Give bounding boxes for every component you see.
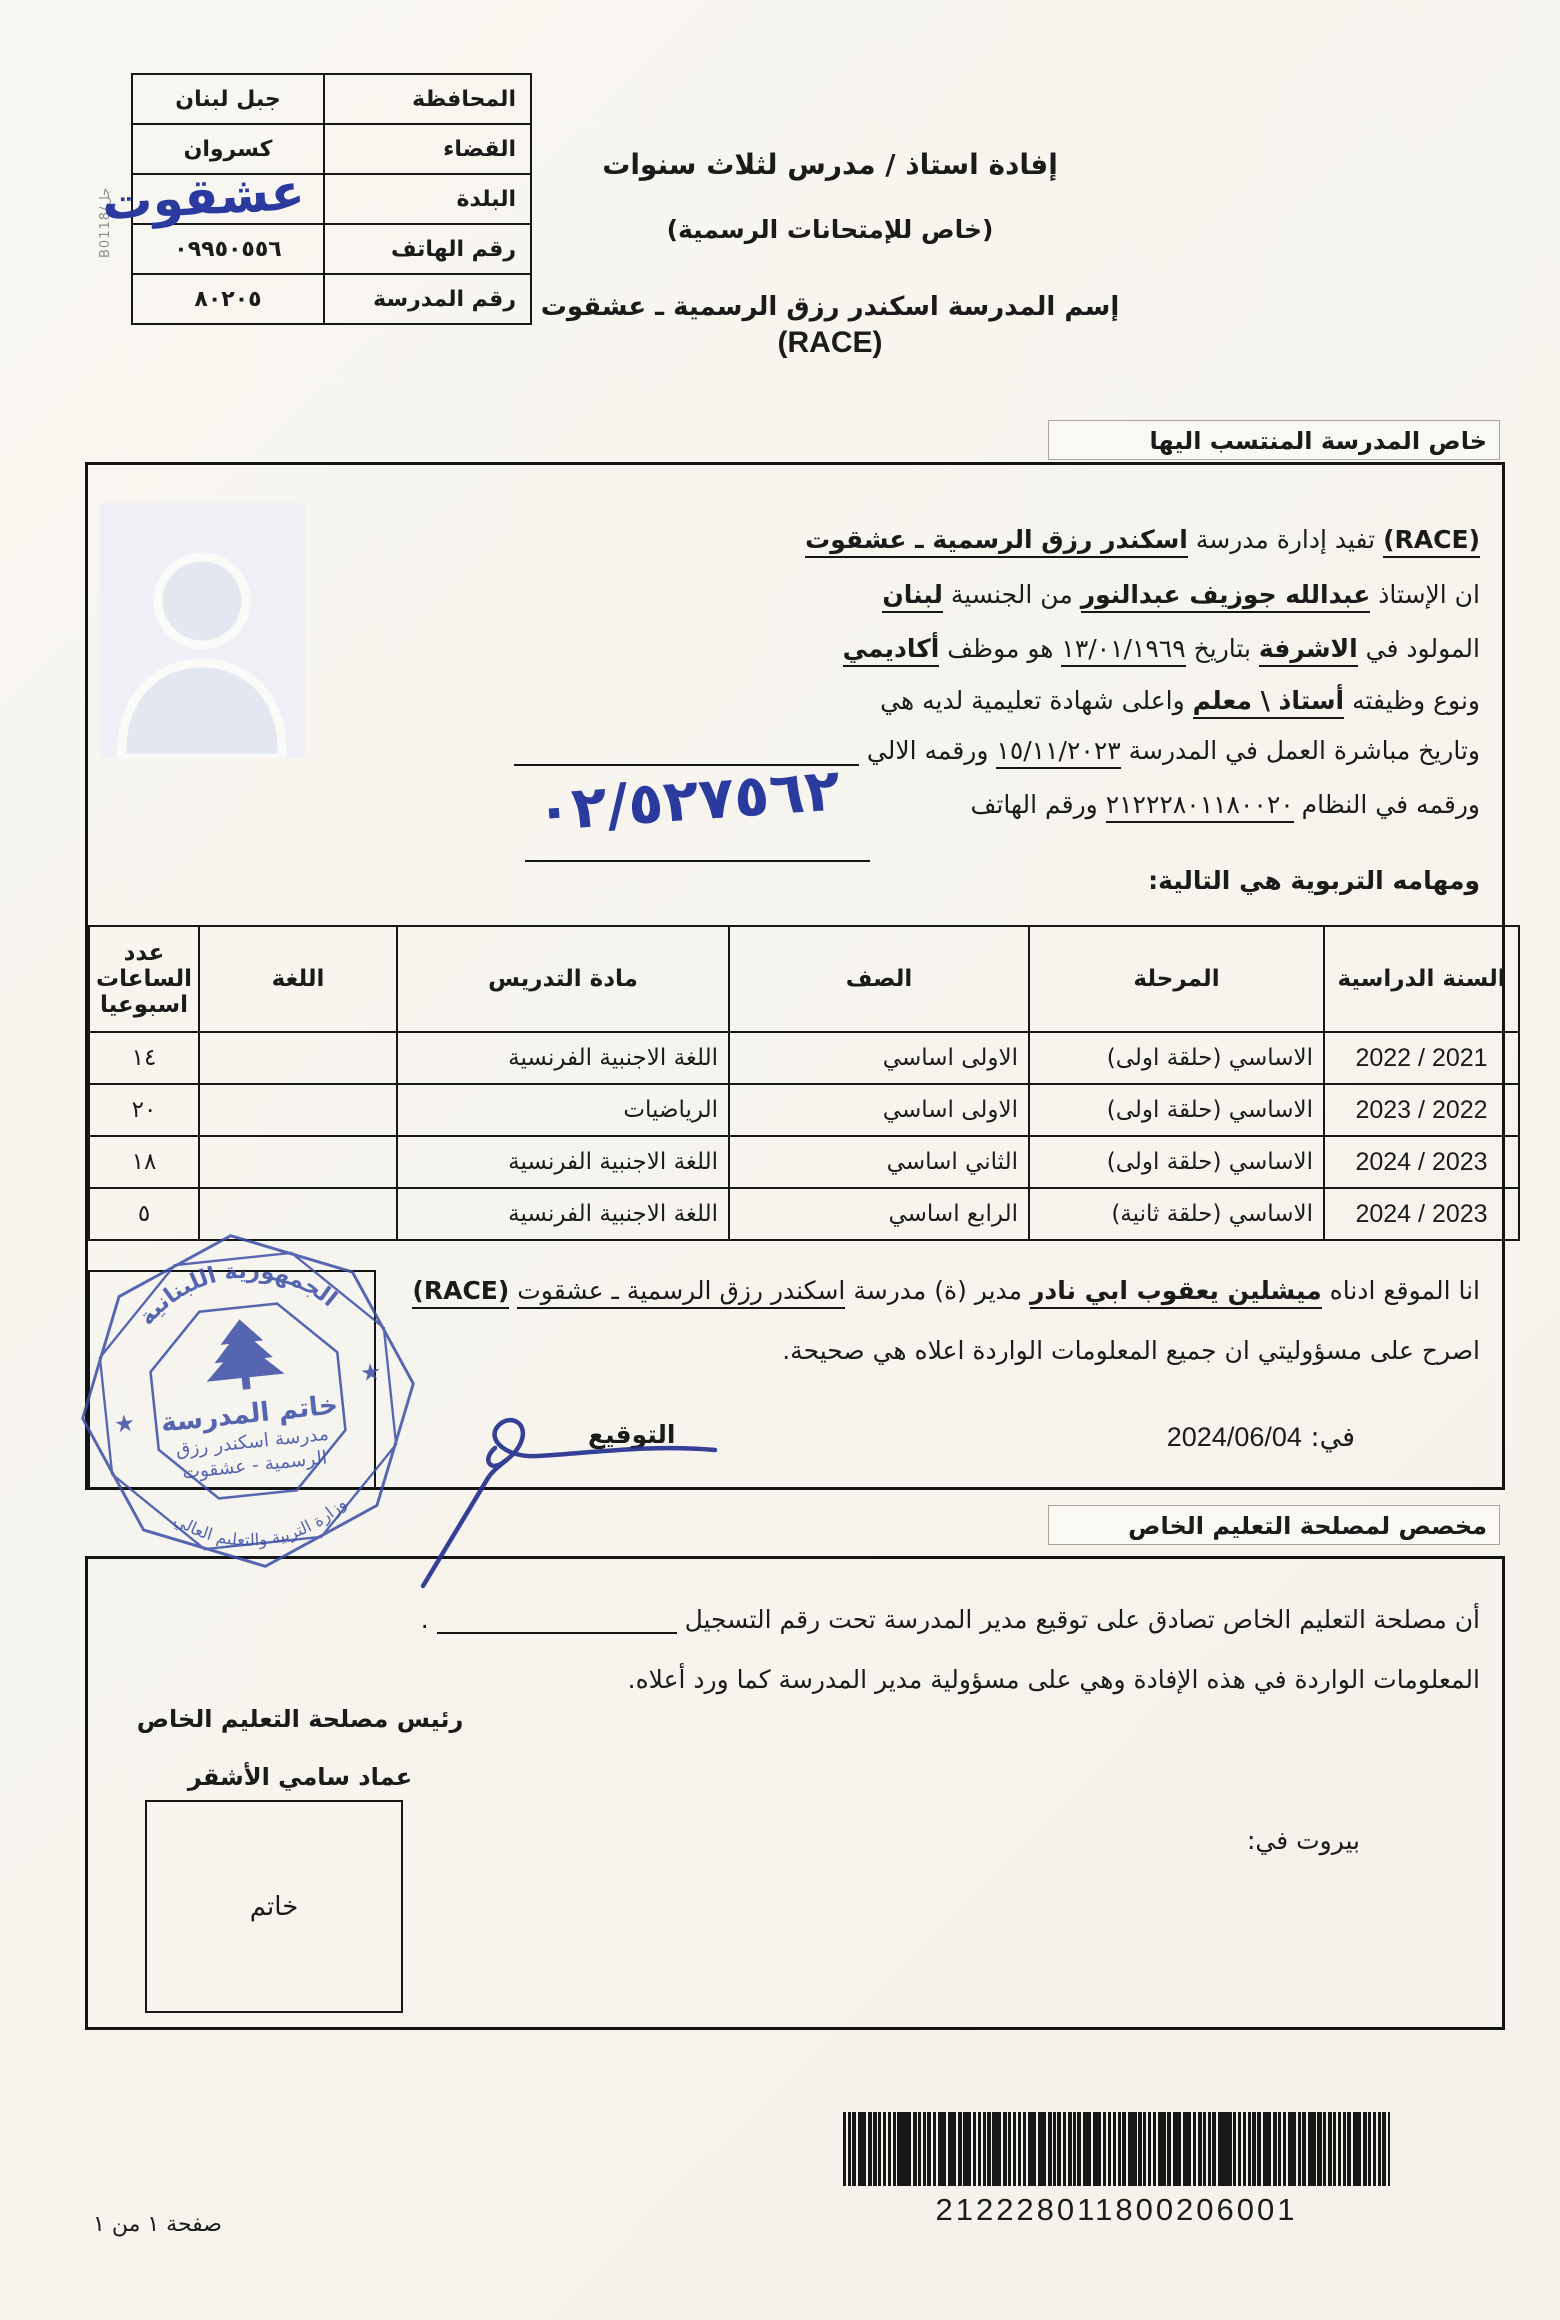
text: ونوع وظيفته — [1344, 686, 1480, 715]
paragraph-line-5: وتاريخ مباشرة العمل في المدرسة ١٥/١١/٢٠٢… — [514, 736, 1480, 766]
header-stage: المرحلة — [1029, 926, 1324, 1032]
cell-year: 2021 / 2022 — [1324, 1032, 1519, 1084]
svg-text:★: ★ — [113, 1409, 137, 1439]
paragraph-line-6: ورقمه في النظام ٢١٢٢٢٨٠١١٨٠٠٢٠ ورقم الها… — [971, 790, 1480, 819]
principal-name: ميشلين يعقوب ابي نادر — [1030, 1276, 1322, 1309]
cell-grade: الثاني اساسي — [729, 1136, 1029, 1188]
job-type: أستاذ \ معلم — [1193, 686, 1345, 719]
cell-year: 2022 / 2023 — [1324, 1084, 1519, 1136]
table-row: 2022 / 2023 الاساسي (حلقة اولى) الاولى ا… — [89, 1084, 1519, 1136]
paragraph-line-4: ونوع وظيفته أستاذ \ معلم واعلى شهادة تعل… — [880, 686, 1480, 715]
cell-language — [199, 1084, 397, 1136]
nationality: لبنان — [882, 580, 943, 613]
photo-placeholder-icon — [100, 503, 305, 758]
cell-hours: ١٨ — [89, 1136, 199, 1188]
cell-stage: الاساسي (حلقة اولى) — [1029, 1136, 1324, 1188]
birthplace: الاشرفة — [1259, 634, 1358, 667]
text: ان الإستاذ — [1370, 580, 1480, 609]
cell-subject: اللغة الاجنبية الفرنسية — [397, 1136, 729, 1188]
cell-subject: الرياضيات — [397, 1084, 729, 1136]
header-language: اللغة — [199, 926, 397, 1032]
cell-stage: الاساسي (حلقة اولى) — [1029, 1032, 1324, 1084]
duties-heading: ومهامه التربوية هي التالية: — [1148, 866, 1480, 895]
text: وتاريخ مباشرة العمل في المدرسة — [1121, 736, 1480, 765]
school-name-inline: اسكندر رزق الرسمية ـ عشقوت — [805, 525, 1188, 558]
text: ورقم الهاتف — [971, 790, 1106, 819]
table-header-row: السنة الدراسية المرحلة الصف مادة التدريس… — [89, 926, 1519, 1032]
cell-year: 2023 / 2024 — [1324, 1188, 1519, 1240]
table-row: 2021 / 2022 الاساسي (حلقة اولى) الاولى ا… — [89, 1032, 1519, 1084]
seal-box: خاتم — [145, 1800, 403, 2013]
text: بتاريخ — [1186, 634, 1259, 663]
paragraph-line-3: المولود في الاشرفة بتاريخ ١٣/٠١/١٩٦٩ هو … — [843, 634, 1480, 663]
phone-underline — [525, 860, 870, 862]
text: مدير (ة) مدرسة — [845, 1276, 1030, 1305]
cell-hours: ٢٠ — [89, 1084, 199, 1136]
paragraph-line-1: (RACE) تفيد إدارة مدرسة اسكندر رزق الرسم… — [805, 525, 1480, 554]
school-name-inline: اسكندر رزق الرسمية ـ عشقوت — [517, 1276, 845, 1309]
cell-subject: اللغة الاجنبية الفرنسية — [397, 1188, 729, 1240]
birthdate: ١٣/٠١/١٩٦٩ — [1061, 634, 1185, 667]
start-date: ١٥/١١/٢٠٢٣ — [996, 736, 1120, 769]
document-page: B0118/جل المحافظة جبل لبنان القضاء كسروا… — [0, 0, 1560, 2320]
header-weekly-hours: عدد الساعات اسبوعيا — [89, 926, 199, 1032]
cell-language — [199, 1032, 397, 1084]
document-subtitle: (خاص للإمتحانات الرسمية) — [470, 215, 1190, 244]
cell-grade: الرابع اساسي — [729, 1188, 1029, 1240]
text: من الجنسية — [943, 580, 1081, 609]
cell-grade: الاولى اساسي — [729, 1032, 1029, 1084]
cell-hours: ١٤ — [89, 1032, 199, 1084]
employee-type: أكاديمي — [843, 634, 940, 667]
school-stamp-icon: الجمهورية اللبنانية وزارة التربية والتعل… — [54, 1201, 442, 1602]
document-title: إفادة استاذ / مدرس لثلاث سنوات — [470, 148, 1190, 181]
meta-label-governorate: المحافظة — [324, 74, 531, 124]
paragraph-line-2: ان الإستاذ عبدالله جوزيف عبدالنور من الج… — [882, 580, 1480, 609]
svg-text:★: ★ — [359, 1357, 383, 1387]
text: . — [421, 1605, 437, 1634]
text: أن مصلحة التعليم الخاص تصادق على توقيع م… — [677, 1605, 1480, 1634]
school-acronym-inline: (RACE) — [1383, 525, 1480, 558]
system-number: ٢١٢٢٢٨٠١١٨٠٠٢٠ — [1106, 790, 1294, 823]
date-label: في: — [1310, 1422, 1355, 1453]
handwritten-town: عشقوت — [101, 163, 306, 232]
text: ورقمه في النظام — [1294, 790, 1480, 819]
meta-value-school-number: ٨٠٢٠٥ — [132, 274, 324, 324]
teaching-assignments-table: السنة الدراسية المرحلة الصف مادة التدريس… — [88, 925, 1520, 1241]
city-date-line: بيروت في: — [1247, 1826, 1360, 1855]
svg-text:وزارة التربية والتعليم العالي: وزارة التربية والتعليم العالي — [168, 1493, 353, 1559]
document-header: إفادة استاذ / مدرس لثلاث سنوات (خاص للإم… — [470, 148, 1190, 360]
meta-value-phone: ٠٩٩٥٠٥٥٦ — [132, 224, 324, 274]
cell-language — [199, 1136, 397, 1188]
cell-subject: اللغة الاجنبية الفرنسية — [397, 1032, 729, 1084]
school-acronym: (RACE) — [470, 326, 1190, 360]
text: انا الموقع ادناه — [1322, 1276, 1480, 1305]
text: واعلى شهادة تعليمية لديه هي — [880, 686, 1192, 715]
cell-stage: الاساسي (حلقة ثانية) — [1029, 1188, 1324, 1240]
section2-line-1: أن مصلحة التعليم الخاص تصادق على توقيع م… — [421, 1605, 1480, 1634]
school-acronym-inline: (RACE) — [412, 1276, 509, 1309]
school-name-line: إسم المدرسة اسكندر رزق الرسمية ـ عشقوت — [470, 292, 1190, 322]
declaration-line-1: انا الموقع ادناه ميشلين يعقوب ابي نادر م… — [412, 1276, 1480, 1305]
registration-number-blank — [437, 1606, 677, 1634]
header-subject: مادة التدريس — [397, 926, 729, 1032]
header-school-year: السنة الدراسية — [1324, 926, 1519, 1032]
date-value: 2024/06/04 — [1167, 1422, 1302, 1452]
page-number: صفحة ١ من ١ — [93, 2212, 222, 2237]
text: المولود في — [1358, 634, 1480, 663]
barcode — [843, 2112, 1390, 2186]
teacher-name: عبدالله جوزيف عبدالنور — [1081, 580, 1371, 613]
header-grade: الصف — [729, 926, 1029, 1032]
meta-value-governorate: جبل لبنان — [132, 74, 324, 124]
table-row: 2023 / 2024 الاساسي (حلقة اولى) الثاني ا… — [89, 1136, 1519, 1188]
date-line: في: 2024/06/04 — [1167, 1422, 1355, 1453]
cell-year: 2023 / 2024 — [1324, 1136, 1519, 1188]
cell-grade: الاولى اساسي — [729, 1084, 1029, 1136]
section1-title: خاص المدرسة المنتسب اليها — [1048, 420, 1500, 460]
table-row: المحافظة جبل لبنان — [132, 74, 531, 124]
chief-name: عماد سامي الأشقر — [150, 1763, 450, 1791]
seal-label: خاتم — [250, 1892, 299, 1922]
text: تفيد إدارة مدرسة — [1188, 525, 1383, 554]
section2-title: مخصص لمصلحة التعليم الخاص — [1048, 1505, 1500, 1545]
declaration-line-2: اصرح على مسؤوليتي ان جميع المعلومات الوا… — [782, 1336, 1480, 1365]
section2-line-2: المعلومات الواردة في هذه الإفادة وهي على… — [628, 1665, 1480, 1694]
text: هو موظف — [939, 634, 1061, 663]
cell-stage: الاساسي (حلقة اولى) — [1029, 1084, 1324, 1136]
barcode-number: 212228011800206001 — [843, 2192, 1390, 2228]
chief-title: رئيس مصلحة التعليم الخاص — [120, 1705, 480, 1733]
